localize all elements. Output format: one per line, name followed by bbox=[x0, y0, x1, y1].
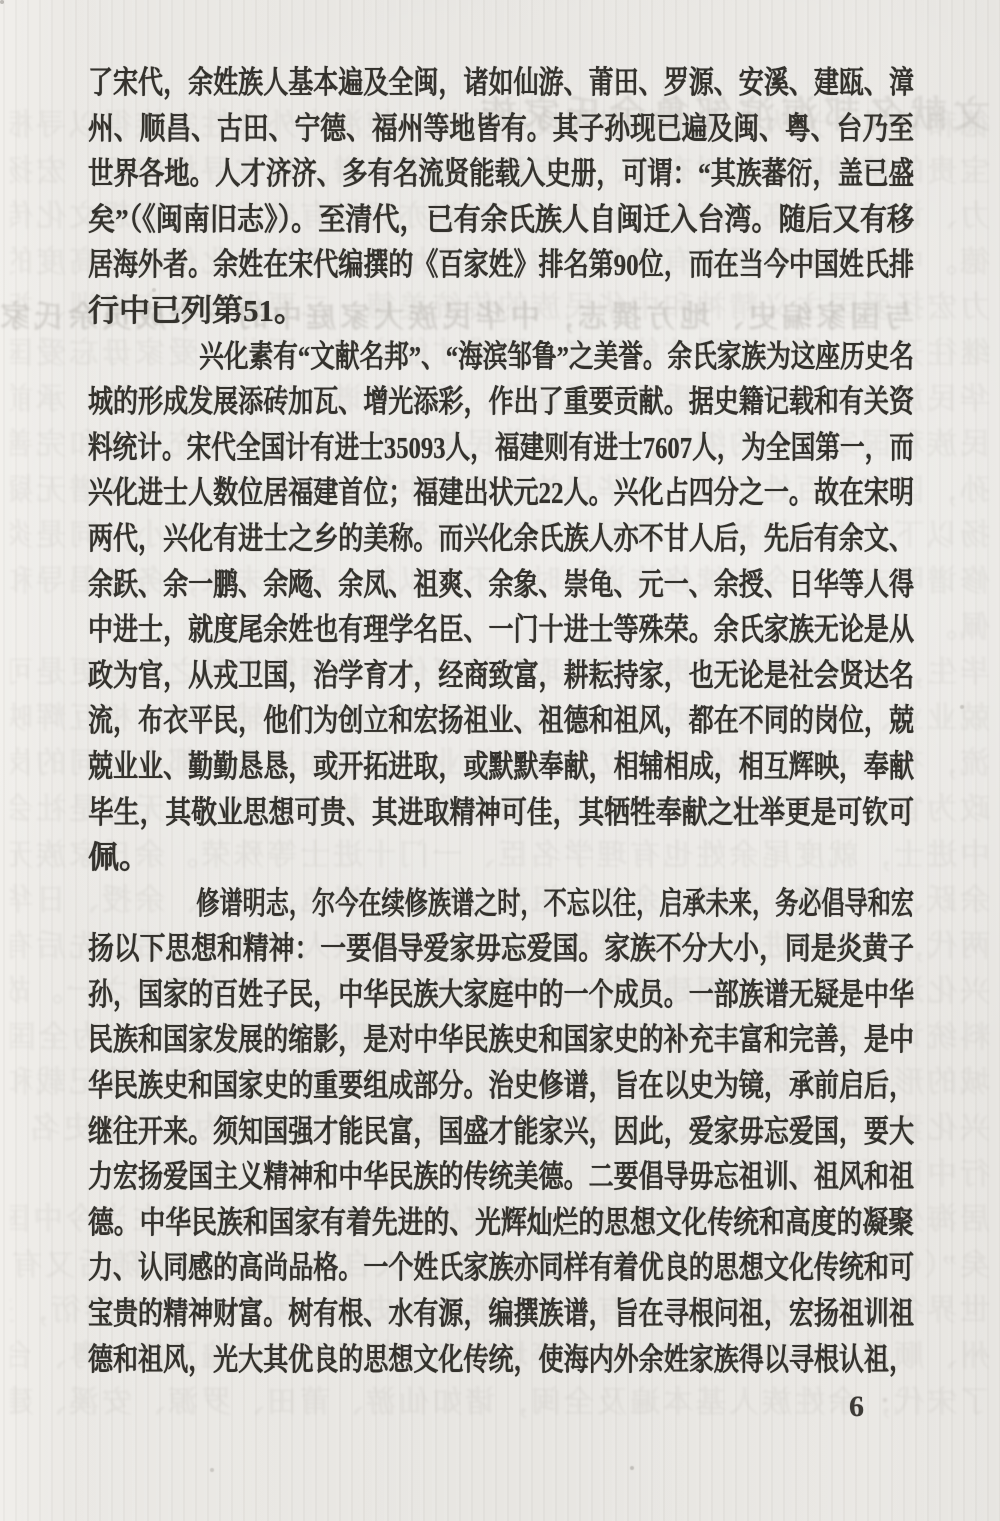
scanned-book-page: 德和祖风，光大其优良的思想文化传统，使海内外余姓家族得以寻根认祖， 宝贵的精神财… bbox=[0, 0, 1000, 1521]
text-line: 兢业业、勤勤恳恳，或开拓进取，或默默奉献，相辅相成，相互辉映，奉献 bbox=[88, 744, 914, 790]
text-line: 佩。 bbox=[88, 835, 914, 881]
text-line: 力、认同感的高尚品格。一个姓氏家族亦同样有着优良的思想文化传统和可 bbox=[88, 1245, 914, 1291]
text-line: 毕生，其敬业思想可贵、其进取精神可佳，其牺牲奉献之壮举更是可钦可 bbox=[88, 790, 914, 836]
text-line: 民族和国家发展的缩影，是对中华民族史和国家史的补充丰富和完善，是中 bbox=[88, 1017, 914, 1063]
text-line: 力宏扬爱国主义精神和中华民族的传统美德。二要倡导毋忘祖训、祖风和祖 bbox=[88, 1154, 914, 1200]
text-line: 政为官，从戎卫国，治学育才，经商致富，耕耘持家，也无论是社会贤达名 bbox=[88, 653, 914, 699]
text-line: 华民族史和国家史的重要组成部分。治史修谱，旨在以史为镜，承前启后， bbox=[88, 1063, 914, 1109]
text-line: 继往开来。须知国强才能民富，国盛才能家兴，因此，爱家毋忘爱国，要大 bbox=[88, 1109, 914, 1155]
text-line: 料统计。宋代全国计有进士35093人，福建则有进士7607人，为全国第一，而 bbox=[88, 425, 914, 471]
text-line: 兴化进士人数位居福建首位；福建出状元22人。兴化占四分之一。故在宋明 bbox=[88, 470, 914, 516]
text-line: 余跃、余一鹏、余飏、余凤、祖爽、余象、崇龟、元一、余授、日华等人得 bbox=[88, 562, 914, 608]
text-line: 德和祖风，光大其优良的思想文化传统，使海内外余姓家族得以寻根认祖， bbox=[88, 1337, 914, 1383]
text-line: 世界各地。人才济济、多有名流贤能载入史册，可谓：“其族蕃衍，盖已盛 bbox=[88, 151, 914, 197]
text-line: 了宋代，余姓族人基本遍及全闽，诸如仙游、莆田、罗源、安溪、建瓯、漳 bbox=[88, 60, 914, 106]
text-line: 宝贵的精神财富。树有根、水有源，编撰族谱，旨在寻根问祖，宏扬祖训祖 bbox=[88, 1291, 914, 1337]
text-line: 孙，国家的百姓子民，中华民族大家庭中的一个成员。一部族谱无疑是中华 bbox=[88, 972, 914, 1018]
text-line: 德。中华民族和国家有着先进的、光辉灿烂的思想文化传统和高度的凝聚 bbox=[88, 1200, 914, 1246]
text-line: 矣”（《闽南旧志》）。至清代，已有余氏族人自闽迁入台湾。随后又有移 bbox=[88, 197, 914, 243]
text-line: 修谱明志，尔今在续修族谱之时，不忘以往，启承未来，务必倡导和宏 bbox=[88, 881, 914, 927]
text-line: 扬以下思想和精神：一要倡导爱家毋忘爱国。家族不分大小，同是炎黄子 bbox=[88, 926, 914, 972]
text-line: 兴化素有“文献名邦”、“海滨邹鲁”之美誉。余氏家族为这座历史名 bbox=[88, 334, 914, 380]
body-text-block: 了宋代，余姓族人基本遍及全闽，诸如仙游、莆田、罗源、安溪、建瓯、漳 州、顺昌、古… bbox=[88, 60, 914, 1382]
text-line: 行中已列第51。 bbox=[88, 288, 914, 334]
text-line: 居海外者。余姓在宋代编撰的《百家姓》排名第90位，而在当今中国姓氏排 bbox=[88, 242, 914, 288]
text-line: 流，布衣平民，他们为创立和宏扬祖业、祖德和祖风，都在不同的岗位，兢 bbox=[88, 698, 914, 744]
text-line: 城的形成发展添砖加瓦、增光添彩，作出了重要贡献。据史籍记载和有关资 bbox=[88, 379, 914, 425]
text-line: 两代，兴化有进士之乡的美称。而兴化余氏族人亦不甘人后，先后有余文、 bbox=[88, 516, 914, 562]
text-line: 中进士，就度尾余姓也有理学名臣、一门十进士等殊荣。余氏家族无论是从 bbox=[88, 607, 914, 653]
text-line: 州、顺昌、古田、宁德、福州等地皆有。其子孙现已遍及闽、粤、台乃至 bbox=[88, 106, 914, 152]
page-number: 6 bbox=[849, 1390, 864, 1424]
